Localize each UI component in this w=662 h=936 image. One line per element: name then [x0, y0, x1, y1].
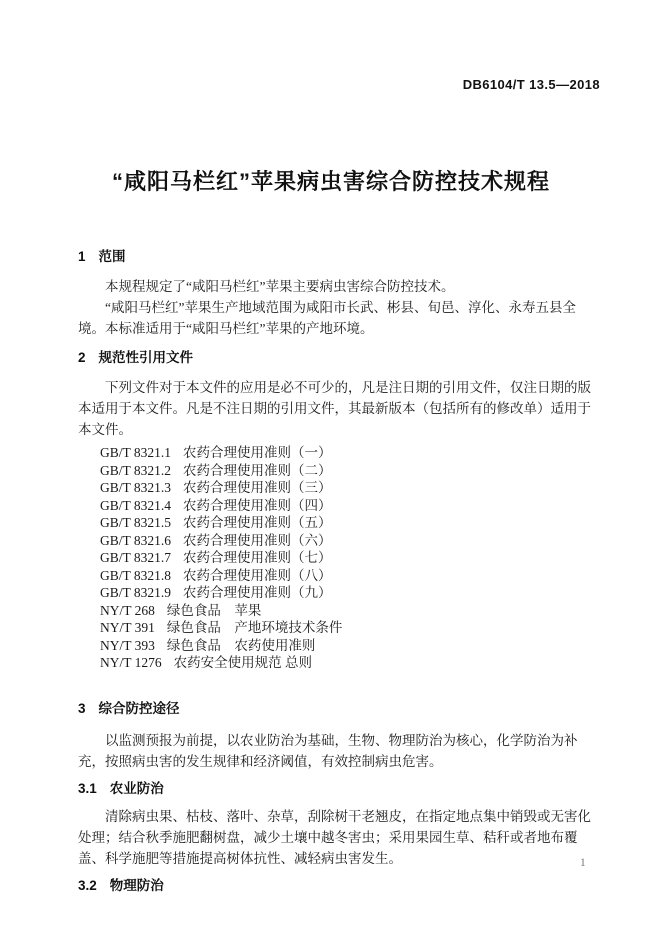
document-title: “咸阳马栏红”苹果病虫害综合防控技术规程	[0, 165, 662, 196]
reference-title: 农药合理使用准则（五）	[183, 515, 332, 530]
reference-title: 农药合理使用准则（三）	[183, 480, 332, 495]
reference-title: 绿色食品 农药使用准则	[167, 638, 316, 653]
document-page: DB6104/T 13.5—2018 “咸阳马栏红”苹果病虫害综合防控技术规程 …	[0, 0, 662, 936]
paragraph-control-approach: 以监测预报为前提，以农业防治为基础，生物、物理防治为核心，化学防治为补充，按照病…	[78, 730, 602, 772]
reference-title: 农药合理使用准则（七）	[183, 550, 332, 565]
reference-item: GB/T 8321.2农药合理使用准则（二）	[100, 462, 602, 480]
section-heading-3: 3综合防控途径	[78, 700, 602, 718]
reference-title: 绿色食品 苹果	[167, 603, 262, 618]
page-number: 1	[580, 857, 586, 869]
reference-title: 农药合理使用准则（八）	[183, 568, 332, 583]
reference-item: GB/T 8321.3农药合理使用准则（三）	[100, 479, 602, 497]
reference-list: GB/T 8321.1农药合理使用准则（一） GB/T 8321.2农药合理使用…	[78, 444, 602, 672]
reference-code: GB/T 8321.3	[100, 480, 171, 495]
reference-title: 绿色食品 产地环境技术条件	[167, 620, 343, 635]
section-title: 物理防治	[110, 878, 164, 893]
reference-code: GB/T 8321.7	[100, 550, 171, 565]
section-number: 3.1	[78, 781, 97, 796]
reference-item: NY/T 391绿色食品 产地环境技术条件	[100, 619, 602, 637]
section-number: 3.2	[78, 878, 97, 893]
reference-title: 农药合理使用准则（四）	[183, 498, 332, 513]
section-title: 农业防治	[110, 781, 164, 796]
reference-item: NY/T 268绿色食品 苹果	[100, 602, 602, 620]
section-number: 2	[78, 350, 86, 365]
paragraph-scope-2: “咸阳马栏红”苹果生产地域范围为咸阳市长武、彬县、旬邑、淳化、永寿五县全境。本标…	[78, 297, 602, 339]
reference-code: NY/T 268	[100, 603, 155, 618]
section-heading-2: 2规范性引用文件	[78, 349, 602, 367]
section-heading-1: 1范围	[78, 248, 602, 266]
reference-item: GB/T 8321.5农药合理使用准则（五）	[100, 514, 602, 532]
reference-code: GB/T 8321.6	[100, 533, 171, 548]
reference-item: GB/T 8321.7农药合理使用准则（七）	[100, 549, 602, 567]
reference-code: NY/T 1276	[100, 655, 162, 670]
reference-code: GB/T 8321.8	[100, 568, 171, 583]
document-body: 1范围 本规程规定了“咸阳马栏红”苹果主要病虫害综合防控技术。 “咸阳马栏红”苹…	[78, 242, 602, 895]
reference-title: 农药合理使用准则（二）	[183, 463, 332, 478]
reference-item: GB/T 8321.1农药合理使用准则（一）	[100, 444, 602, 462]
reference-item: GB/T 8321.8农药合理使用准则（八）	[100, 567, 602, 585]
reference-title: 农药合理使用准则（九）	[183, 585, 332, 600]
reference-code: NY/T 391	[100, 620, 155, 635]
section-number: 1	[78, 249, 86, 264]
reference-code: NY/T 393	[100, 638, 155, 653]
section-heading-3-1: 3.1农业防治	[78, 780, 602, 798]
section-title: 综合防控途径	[99, 701, 180, 716]
paragraph-normative-refs: 下列文件对于本文件的应用是必不可少的，凡是注日期的引用文件，仅注日期的版本适用于…	[78, 377, 602, 440]
reference-code: GB/T 8321.5	[100, 515, 171, 530]
reference-item: GB/T 8321.6农药合理使用准则（六）	[100, 532, 602, 550]
reference-title: 农药合理使用准则（六）	[183, 533, 332, 548]
reference-title: 农药合理使用准则（一）	[183, 445, 332, 460]
reference-item: GB/T 8321.9农药合理使用准则（九）	[100, 584, 602, 602]
reference-code: GB/T 8321.2	[100, 463, 171, 478]
reference-code: GB/T 8321.9	[100, 585, 171, 600]
reference-title: 农药安全使用规范 总则	[174, 655, 312, 670]
reference-code: GB/T 8321.4	[100, 498, 171, 513]
reference-item: NY/T 1276农药安全使用规范 总则	[100, 654, 602, 672]
reference-item: GB/T 8321.4农药合理使用准则（四）	[100, 497, 602, 515]
reference-code: GB/T 8321.1	[100, 445, 171, 460]
standard-doc-code: DB6104/T 13.5—2018	[463, 77, 600, 92]
paragraph-agricultural-control: 清除病虫果、枯枝、落叶、杂草，刮除树干老翘皮，在指定地点集中销毁或无害化处理；结…	[78, 806, 602, 869]
section-title: 范围	[99, 249, 126, 264]
section-number: 3	[78, 701, 86, 716]
paragraph-scope-1: 本规程规定了“咸阳马栏红”苹果主要病虫害综合防控技术。	[78, 276, 602, 297]
section-title: 规范性引用文件	[99, 350, 194, 365]
reference-item: NY/T 393绿色食品 农药使用准则	[100, 637, 602, 655]
section-heading-3-2: 3.2物理防治	[78, 877, 602, 895]
